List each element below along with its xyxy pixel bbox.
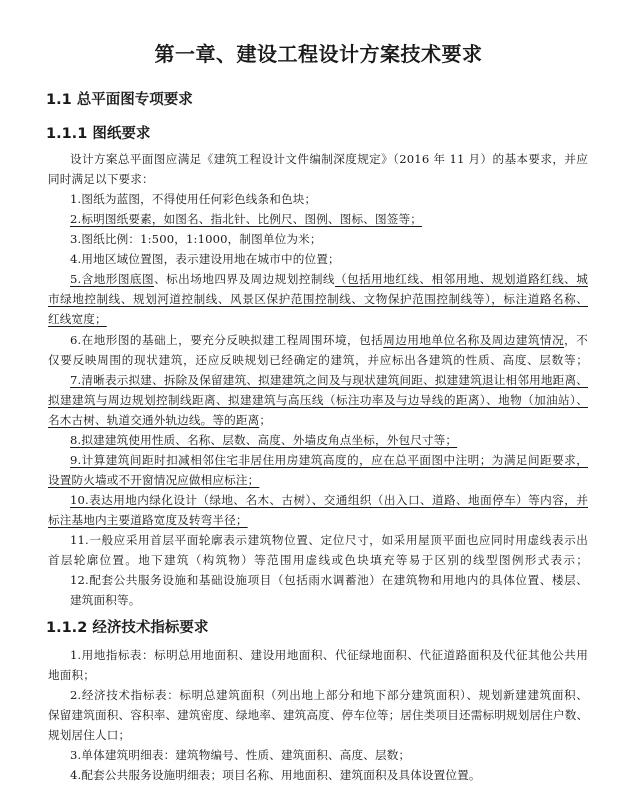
list-item-9-underlined-a: 9.计算建筑间距时扣减相邻住宅非居住用房建筑高度的，应在总平面图中注明；为满足间… [70, 453, 588, 467]
list-item-9-line-1: 9.计算建筑间距时扣减相邻住宅非居住用房建筑高度的，应在总平面图中注明；为满足间… [70, 451, 588, 469]
list-item-5-line-1: 5.含地形图底图、标出场地四界及周边规划控制线（包括用地红线、相邻用地、规划道路… [70, 270, 588, 288]
list-item-2: 2.标明图纸要素，如图名、指北针、比例尺、图例、图标、图签等； [70, 210, 588, 228]
list-item-11-line-2: 首层轮廓位置。地下建筑（构筑物）等范围用虚线或色块填充等易于区别的线型图例形式表… [48, 551, 588, 569]
list-item-10-underlined-a: 10.表达用地内绿化设计（绿地、名木、古树）、交通组织（出入口、道路、地面停车）… [70, 493, 588, 507]
econ-item-2-line-2: 保留建筑面积、容积率、建筑密度、绿地率、建筑高度、停车位等；居住类项目还需标明规… [48, 706, 588, 724]
list-item-4: 4.用地区域位置图，表示建设用地在城市中的位置； [70, 250, 588, 268]
list-item-10-line-1: 10.表达用地内绿化设计（绿地、名木、古树）、交通组织（出入口、道路、地面停车）… [70, 491, 588, 509]
list-item-5-underlined-a: 5.含地形图底图 [70, 272, 154, 286]
list-item-12-line-2: 建筑面积等。 [70, 591, 588, 609]
list-item-11-line-1: 11.一般应采用首层平面轮廓表示建筑物位置、定位尺寸，如采用屋顶平面也应同时用虚… [70, 531, 588, 549]
econ-item-1-line-1: 1.用地指标表：标明总用地面积、建设用地面积、代征绿地面积、代征道路面积及代征其… [70, 646, 588, 664]
list-item-6-line-1: 6.在地形图的基础上，要充分反映拟建工程周围环境，包括周边用地单位名称及周边建筑… [70, 331, 588, 349]
list-item-6-plain-a: 6.在地形图的基础上，要充分反映拟建工程周围环境，包括 [70, 333, 383, 347]
chapter-title: 第一章、建设工程设计方案技术要求 [0, 38, 637, 67]
subsection-heading-1-1-1: 1.1.1 图纸要求 [46, 122, 150, 143]
list-item-6-line-2: 仅要反映周围的现状建筑，还应反映规划已经确定的建筑，并应标出各建筑的性质、高度、… [48, 351, 588, 369]
list-item-6-underlined-b: 周边用地单位名称及周边建筑情况 [383, 333, 564, 347]
list-item-5-underlined-d: 市绿地控制线、规划河道控制线、风景区保护范围控制线、文物保护范围控制线等） [48, 292, 491, 306]
list-item-7-underlined-a: 7.清晰表示拟建、拆除及保留建筑、拟建建筑之间及与现状建筑间距、拟建建筑退让相邻… [70, 373, 588, 387]
list-item-5-underlined-f: 红线宽度； [48, 312, 107, 326]
econ-item-3: 3.单体建筑明细表：建筑物编号、性质、建筑面积、高度、层数； [70, 746, 588, 764]
list-item-5-underlined-e: ，标注道路名称、 [491, 292, 588, 306]
list-item-12-line-1: 12.配套公共服务设施和基础设施项目（包括雨水调蓄池）在建筑物和用地内的具体位置… [70, 571, 588, 589]
econ-item-4: 4.配套公共服务设施明细表；项目名称、用地面积、建筑面积及具体设置位置。 [70, 766, 588, 784]
section-heading-1-1: 1.1 总平面图专项要求 [46, 88, 193, 109]
list-item-5-underlined-c: （包括用地红线、相邻用地、规划道路红线、城 [335, 272, 588, 286]
list-item-10-line-2: 标注基地内主要道路宽度及转弯半径； [48, 511, 588, 529]
list-item-10-underlined-b: 标注基地内主要道路宽度及转弯半径； [48, 513, 248, 527]
list-item-3: 3.图纸比例：1:500，1:1000，制图单位为米； [70, 230, 588, 248]
econ-item-1-line-2: 地面积； [48, 666, 588, 684]
list-item-7-line-3: 名木古树、轨道交通外轨边线。等的距离； [48, 411, 588, 429]
list-item-2-text: 2.标明图纸要素，如图名、指北针、比例尺、图例、图标、图签等； [70, 212, 422, 226]
list-item-7-line-2: 拟建建筑与周边规划控制线距离、拟建建筑与高压线（标注功率及与边导线的距离）、地物… [48, 391, 588, 409]
list-item-5-line-2: 市绿地控制线、规划河道控制线、风景区保护范围控制线、文物保护范围控制线等），标注… [48, 290, 588, 308]
list-item-5-line-3: 红线宽度； [48, 310, 588, 328]
list-item-8: 8.拟建建筑使用性质、名称、层数、高度、外墙皮角点坐标，外包尺寸等； [70, 431, 588, 449]
list-item-8-text: 8.拟建建筑使用性质、名称、层数、高度、外墙皮角点坐标，外包尺寸等； [70, 433, 457, 447]
subsection-heading-1-1-2: 1.1.2 经济技术指标要求 [46, 616, 208, 637]
list-item-6-plain-c: ，不 [564, 333, 588, 347]
list-item-7-underlined-c: 名木古树、轨道交通外轨边线。等的距离 [48, 413, 259, 427]
list-item-7-underlined-b: 拟建建筑与周边规划控制线距离、拟建建筑与高压线（标注功率及与边导线的距离）、地物… [48, 393, 588, 407]
list-item-9-line-2: 设置防火墙或不开窗情况应做相应标注； [48, 471, 588, 489]
paragraph-intro-line-2: 同时满足以下要求： [48, 170, 588, 188]
paragraph-intro-line-1: 设计方案总平面图应满足《建筑工程设计文件编制深度规定》（2016 年 11 月）… [70, 150, 588, 168]
list-item-7-line-1: 7.清晰表示拟建、拆除及保留建筑、拟建建筑之间及与现状建筑间距、拟建建筑退让相邻… [70, 371, 588, 389]
list-item-5-plain-b: 、标出场地四界及周边规划控制线 [154, 272, 335, 286]
list-item-1: 1.图纸为蓝图，不得使用任何彩色线条和色块； [70, 190, 588, 208]
document-page: 第一章、建设工程设计方案技术要求 1.1 总平面图专项要求 1.1.1 图纸要求… [0, 0, 637, 801]
econ-item-2-line-1: 2.经济技术指标表：标明总建筑面积（列出地上部分和地下部分建筑面积）、规划新建建… [70, 686, 588, 704]
econ-item-2-line-3: 规划居住人口； [48, 726, 588, 744]
list-item-9-underlined-b: 设置防火墙或不开窗情况应做相应标注； [48, 473, 259, 487]
list-item-7-plain-d: ； [259, 413, 271, 427]
